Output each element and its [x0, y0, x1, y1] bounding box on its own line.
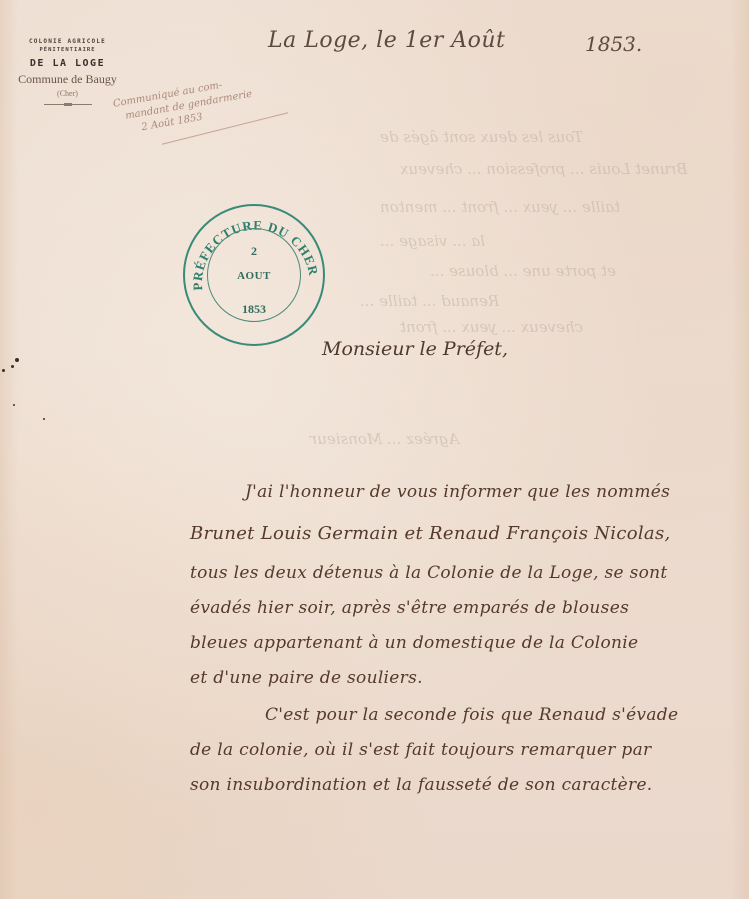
paper-edge-right: [731, 0, 749, 899]
letterhead: COLONIE AGRICOLE PÉNITENTIAIRE DE LA LOG…: [10, 38, 125, 105]
stamp-year: 1853: [185, 302, 323, 317]
stamp-month: AOUT: [185, 270, 323, 282]
body-line: tous les deux détenus à la Colonie de la…: [190, 563, 668, 583]
ink-speck: [43, 418, 45, 420]
letterhead-colony: COLONIE AGRICOLE: [10, 38, 125, 45]
paper-edge-left: [0, 0, 18, 899]
prefecture-stamp: PRÉFECTURE DU CHER 2 AOUT 1853: [183, 204, 325, 346]
body-line: évadés hier soir, après s'être emparés d…: [190, 598, 629, 618]
body-line: bleues appartenant à un domestique de la…: [190, 633, 638, 653]
bleed-through-line: la ... visage ...: [380, 232, 485, 250]
body-line: Brunet Louis Germain et Renaud François …: [190, 523, 671, 544]
letterhead-commune: Commune de Baugy: [10, 72, 125, 87]
letter-page: Tous les deux sont âgés de Brunet Louis …: [0, 0, 749, 899]
letterhead-name: DE LA LOGE: [10, 58, 125, 69]
body-line: son insubordination et la fausseté de so…: [190, 775, 653, 795]
bleed-through-line: Brunet Louis ... profession ... cheveux: [400, 160, 688, 178]
ink-speck: [11, 365, 14, 368]
bleed-through-line: cheveux ... yeux ... front: [400, 318, 583, 336]
bleed-through-line: taille ... yeux ... front ... menton: [380, 198, 620, 216]
margin-annotation: Communiqué au com- mandant de gendarmeri…: [112, 63, 316, 139]
dateline-year: 1853.: [585, 32, 642, 56]
ink-speck: [15, 358, 19, 362]
body-line: J'ai l'honneur de vous informer que les …: [245, 482, 670, 502]
dateline-place-date: La Loge, le 1er Août: [268, 28, 505, 53]
body-line: et d'une paire de souliers.: [190, 668, 423, 688]
bleed-through-line: Agréez ... Monsieur: [310, 430, 459, 448]
letterhead-penitentiary: PÉNITENTIAIRE: [10, 47, 125, 53]
ink-speck: [13, 404, 15, 406]
bleed-through-line: Renaud ... taille ...: [360, 292, 499, 310]
salutation: Monsieur le Préfet,: [322, 338, 508, 360]
stamp-day: 2: [185, 244, 323, 259]
letterhead-department: (Cher): [10, 89, 125, 98]
bleed-through-line: et porte une ... blouse ...: [430, 262, 616, 280]
body-line: C'est pour la seconde fois que Renaud s'…: [265, 705, 678, 725]
bleed-through-line: Tous les deux sont âgés de: [380, 128, 583, 146]
ink-speck: [2, 369, 5, 372]
letterhead-divider: [44, 104, 92, 105]
body-line: de la colonie, où il s'est fait toujours…: [190, 740, 651, 760]
